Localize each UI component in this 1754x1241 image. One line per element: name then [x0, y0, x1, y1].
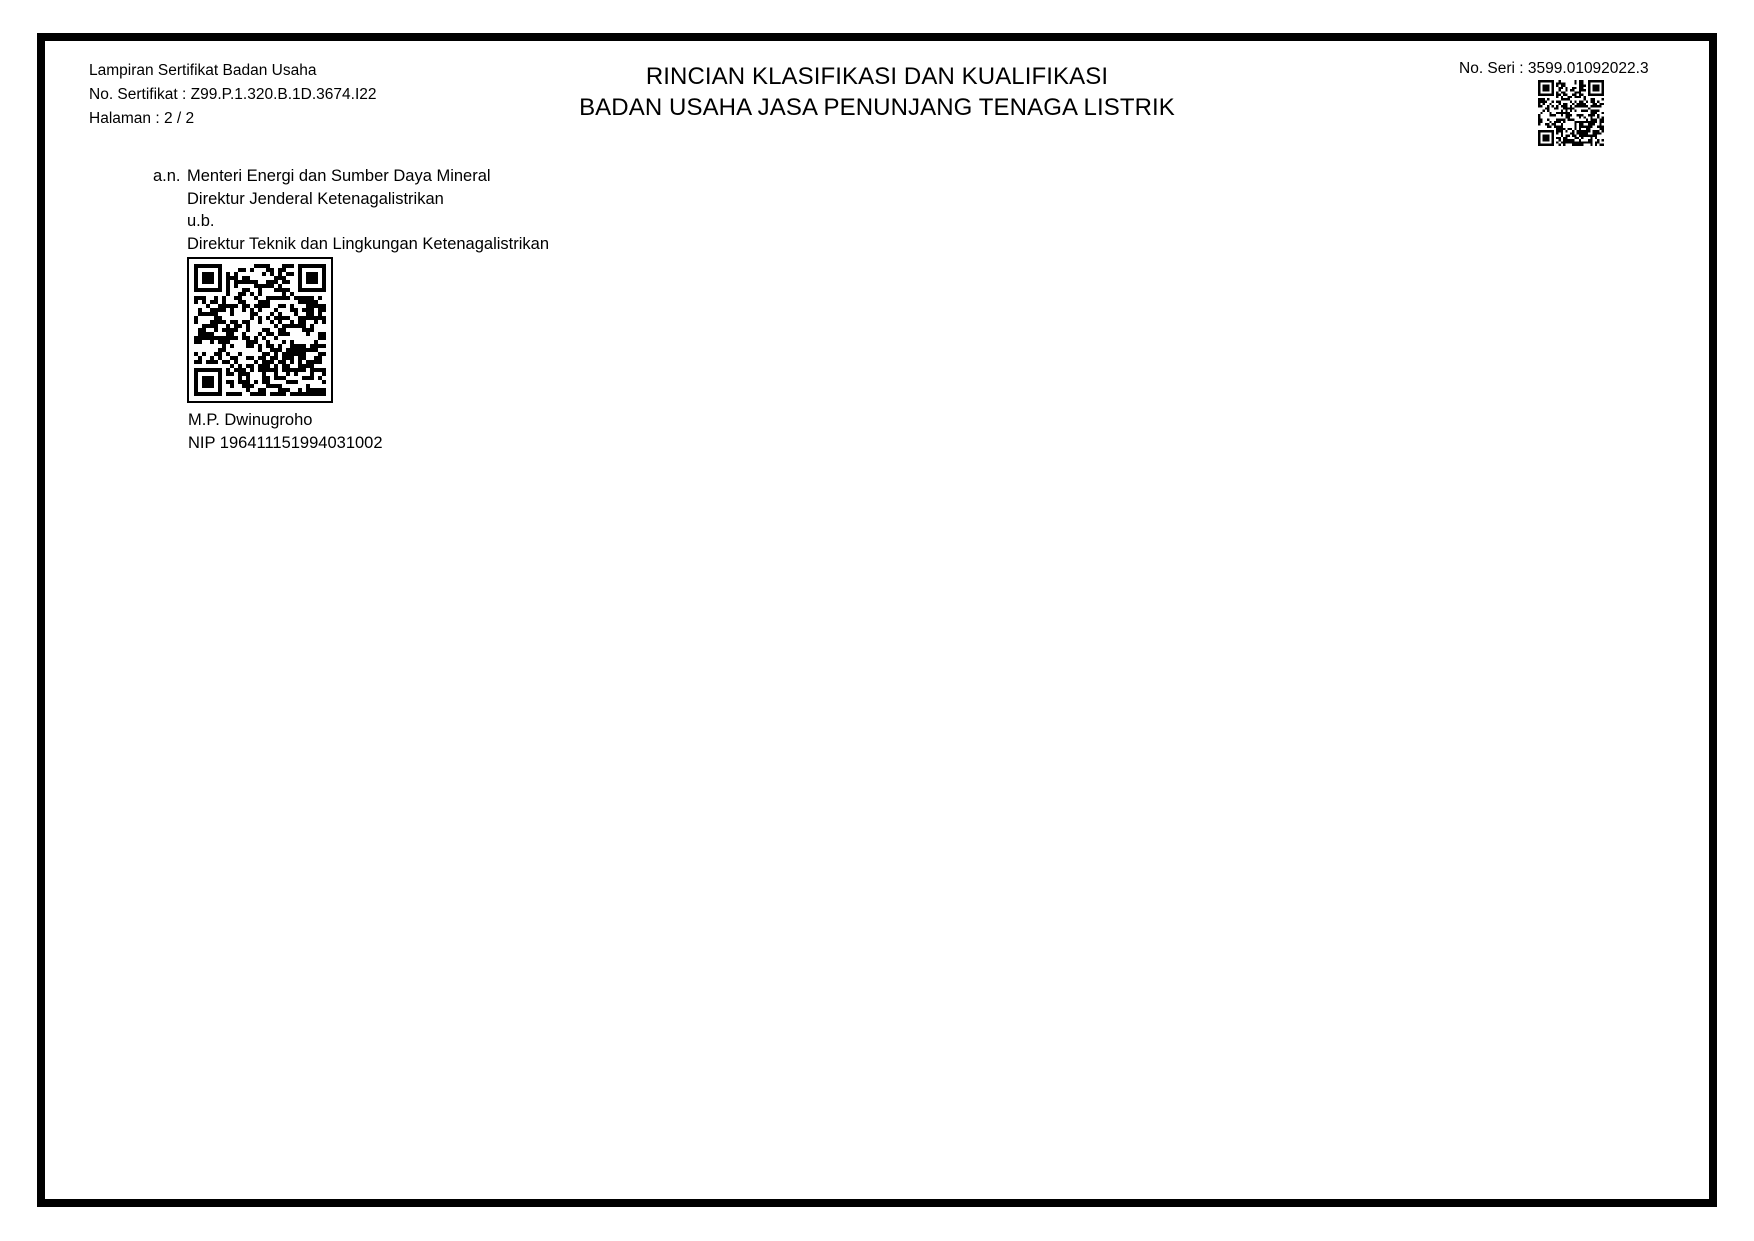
signature-block: a.n. Menteri Energi dan Sumber Daya Mine… — [153, 165, 549, 255]
signature-line-director-general: Direktur Jenderal Ketenagalistrikan — [153, 188, 549, 211]
signer-name: M.P. Dwinugroho — [188, 409, 383, 432]
signer-nip: NIP 196411151994031002 — [188, 432, 383, 455]
signature-line-ub: u.b. — [153, 210, 549, 233]
title-line-2: BADAN USAHA JASA PENUNJANG TENAGA LISTRI… — [0, 92, 1754, 123]
signature-line-director: Direktur Teknik dan Lingkungan Ketenagal… — [153, 233, 549, 256]
signature-line-minister: Menteri Energi dan Sumber Daya Mineral — [187, 165, 491, 188]
on-behalf-prefix: a.n. — [153, 165, 187, 188]
serial-number: No. Seri : 3599.01092022.3 — [1459, 59, 1649, 79]
signer-info: M.P. Dwinugroho NIP 196411151994031002 — [188, 409, 383, 454]
signature-qr-code-icon — [187, 257, 333, 403]
serial-qr-code-icon — [1538, 80, 1604, 146]
